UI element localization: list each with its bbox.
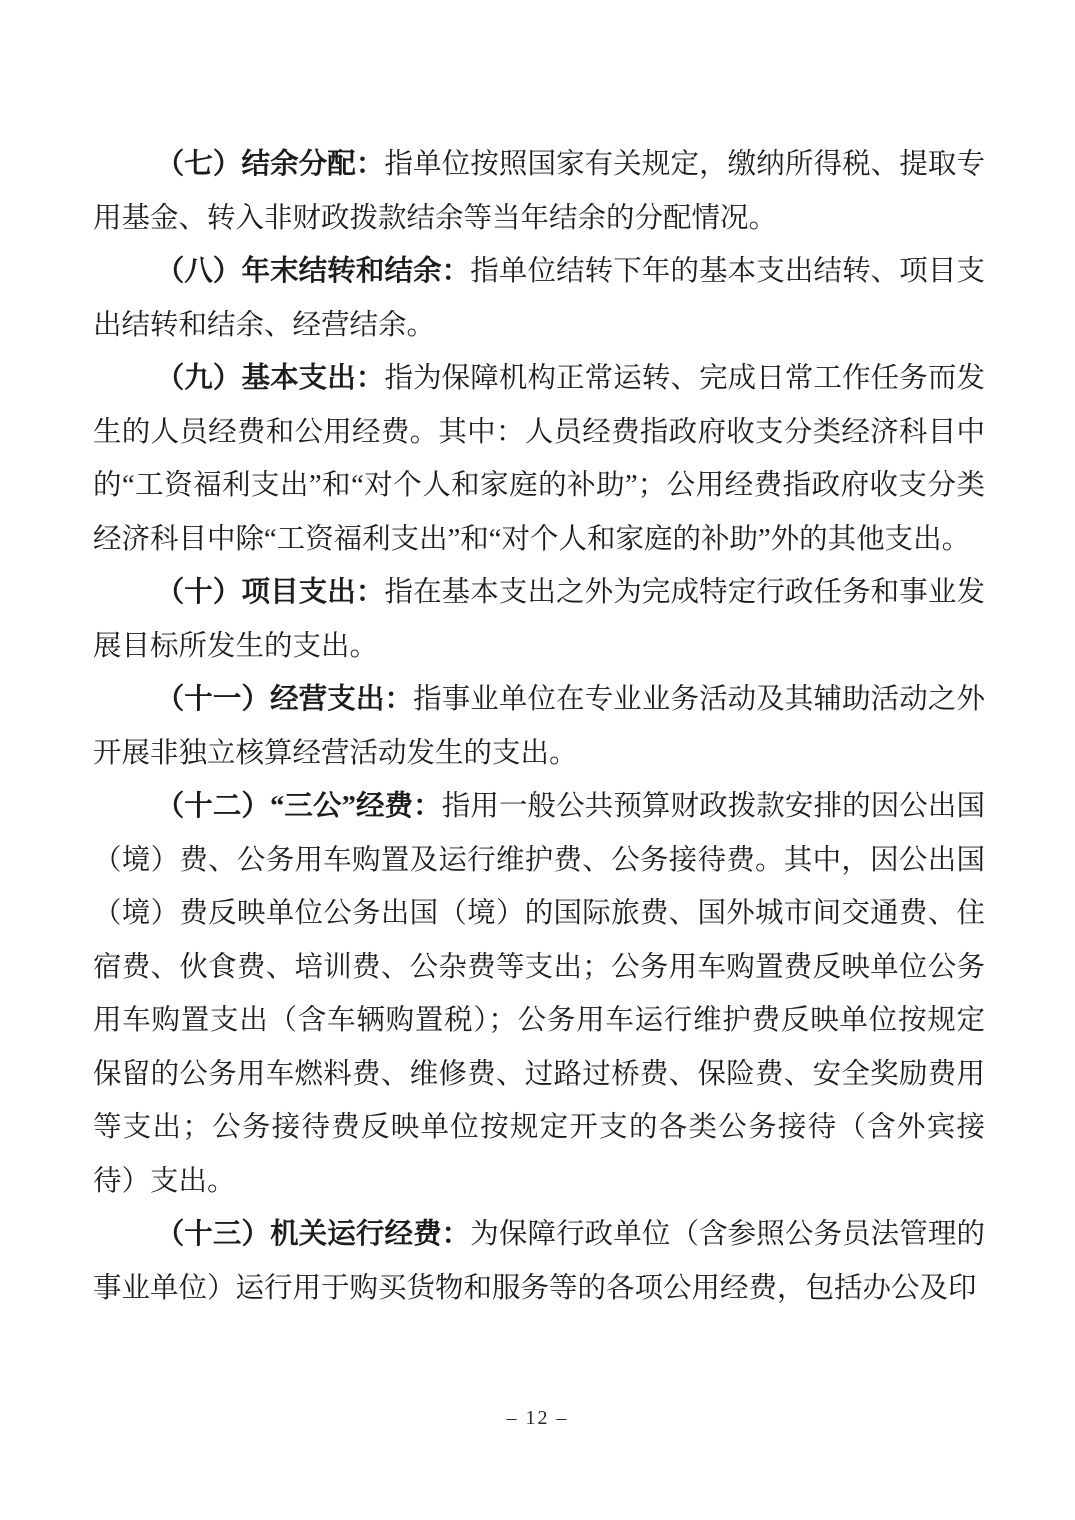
definition-paragraph-11: （十一）经营支出：指事业单位在专业业务活动及其辅助活动之外开展非独立核算经营活动… (93, 673, 985, 780)
term-label: （十一）经营支出： (156, 684, 413, 715)
term-label: （八）年末结转和结余： (156, 256, 471, 287)
term-label: （十三）机关运行经费： (156, 1219, 471, 1250)
definition-paragraph-9: （九）基本支出：指为保障机构正常运转、完成日常工作任务而发生的人员经费和公用经费… (93, 352, 985, 566)
definition-paragraph-13: （十三）机关运行经费：为保障行政单位（含参照公务员法管理的事业单位）运行用于购买… (93, 1208, 985, 1315)
document-body: （七）结余分配：指单位按照国家有关规定，缴纳所得税、提取专用基金、转入非财政拨款… (93, 138, 985, 1315)
page-number: – 12 – (0, 1405, 1075, 1431)
term-label: （十二）“三公”经费： (156, 791, 442, 822)
term-label: （九）基本支出： (156, 363, 385, 394)
definition-paragraph-8: （八）年末结转和结余：指单位结转下年的基本支出结转、项目支出结转和结余、经营结余… (93, 245, 985, 352)
definition-paragraph-12: （十二）“三公”经费：指用一般公共预算财政拨款安排的因公出国（境）费、公务用车购… (93, 780, 985, 1208)
term-definition: 指用一般公共预算财政拨款安排的因公出国（境）费、公务用车购置及运行维护费、公务接… (93, 791, 985, 1197)
definition-paragraph-10: （十）项目支出：指在基本支出之外为完成特定行政任务和事业发展目标所发生的支出。 (93, 566, 985, 673)
term-label: （十）项目支出： (156, 577, 385, 608)
definition-paragraph-7: （七）结余分配：指单位按照国家有关规定，缴纳所得税、提取专用基金、转入非财政拨款… (93, 138, 985, 245)
document-page: （七）结余分配：指单位按照国家有关规定，缴纳所得税、提取专用基金、转入非财政拨款… (0, 0, 1075, 1520)
term-label: （七）结余分配： (156, 149, 385, 180)
